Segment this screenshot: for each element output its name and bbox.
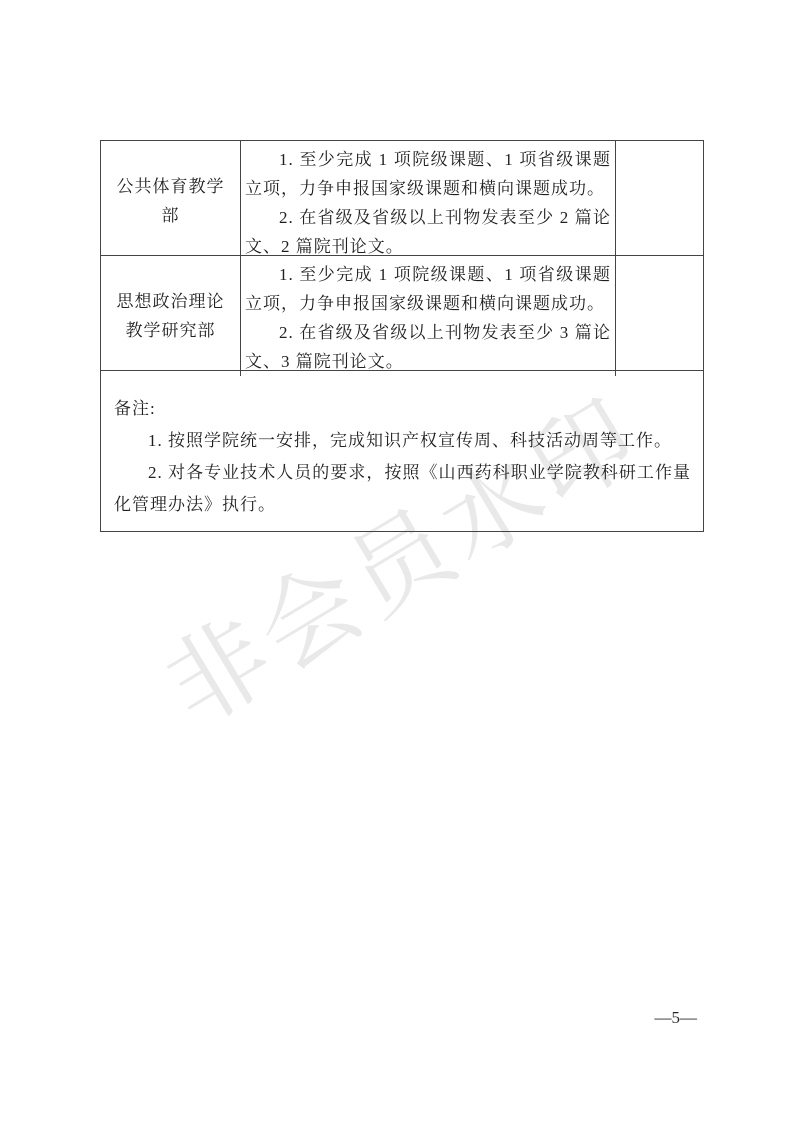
task-item: 2. 在省级及省级以上刊物发表至少 2 篇论文、2 篇院刊论文。 [245, 203, 611, 261]
task-item: 2. 在省级及省级以上刊物发表至少 3 篇论文、3 篇院刊论文。 [245, 318, 611, 376]
remark-item: 2. 对各专业技术人员的要求，按照《山西药科职业学院教科研工作量化管理办法》执行… [114, 457, 691, 521]
department-cell: 思想政治理论教学研究部 [101, 256, 240, 376]
score-cell [615, 141, 703, 261]
remark-item: 1. 按照学院统一安排，完成知识产权宣传周、科技活动周等工作。 [114, 425, 691, 457]
tasks-cell: 1. 至少完成 1 项院级课题、1 项省级课题立项，力争申报国家级课题和横向课题… [240, 256, 615, 376]
tasks-cell: 1. 至少完成 1 项院级课题、1 项省级课题立项，力争申报国家级课题和横向课题… [240, 141, 615, 261]
score-cell [615, 256, 703, 376]
remarks-section: 备注: 1. 按照学院统一安排，完成知识产权宣传周、科技活动周等工作。 2. 对… [101, 371, 703, 531]
table-row: 公共体育教学部 1. 至少完成 1 项院级课题、1 项省级课题立项，力争申报国家… [101, 141, 703, 256]
remarks-label: 备注: [114, 393, 691, 425]
page-number: —5— [655, 1006, 698, 1030]
task-item: 1. 至少完成 1 项院级课题、1 项省级课题立项，力争申报国家级课题和横向课题… [245, 260, 611, 318]
table-row: 思想政治理论教学研究部 1. 至少完成 1 项院级课题、1 项省级课题立项，力争… [101, 256, 703, 371]
requirements-table: 公共体育教学部 1. 至少完成 1 项院级课题、1 项省级课题立项，力争申报国家… [100, 140, 704, 532]
department-cell: 公共体育教学部 [101, 141, 240, 261]
task-item: 1. 至少完成 1 项院级课题、1 项省级课题立项，力争申报国家级课题和横向课题… [245, 145, 611, 203]
document-page: 非会员水印 公共体育教学部 1. 至少完成 1 项院级课题、1 项省级课题立项，… [0, 0, 793, 1122]
